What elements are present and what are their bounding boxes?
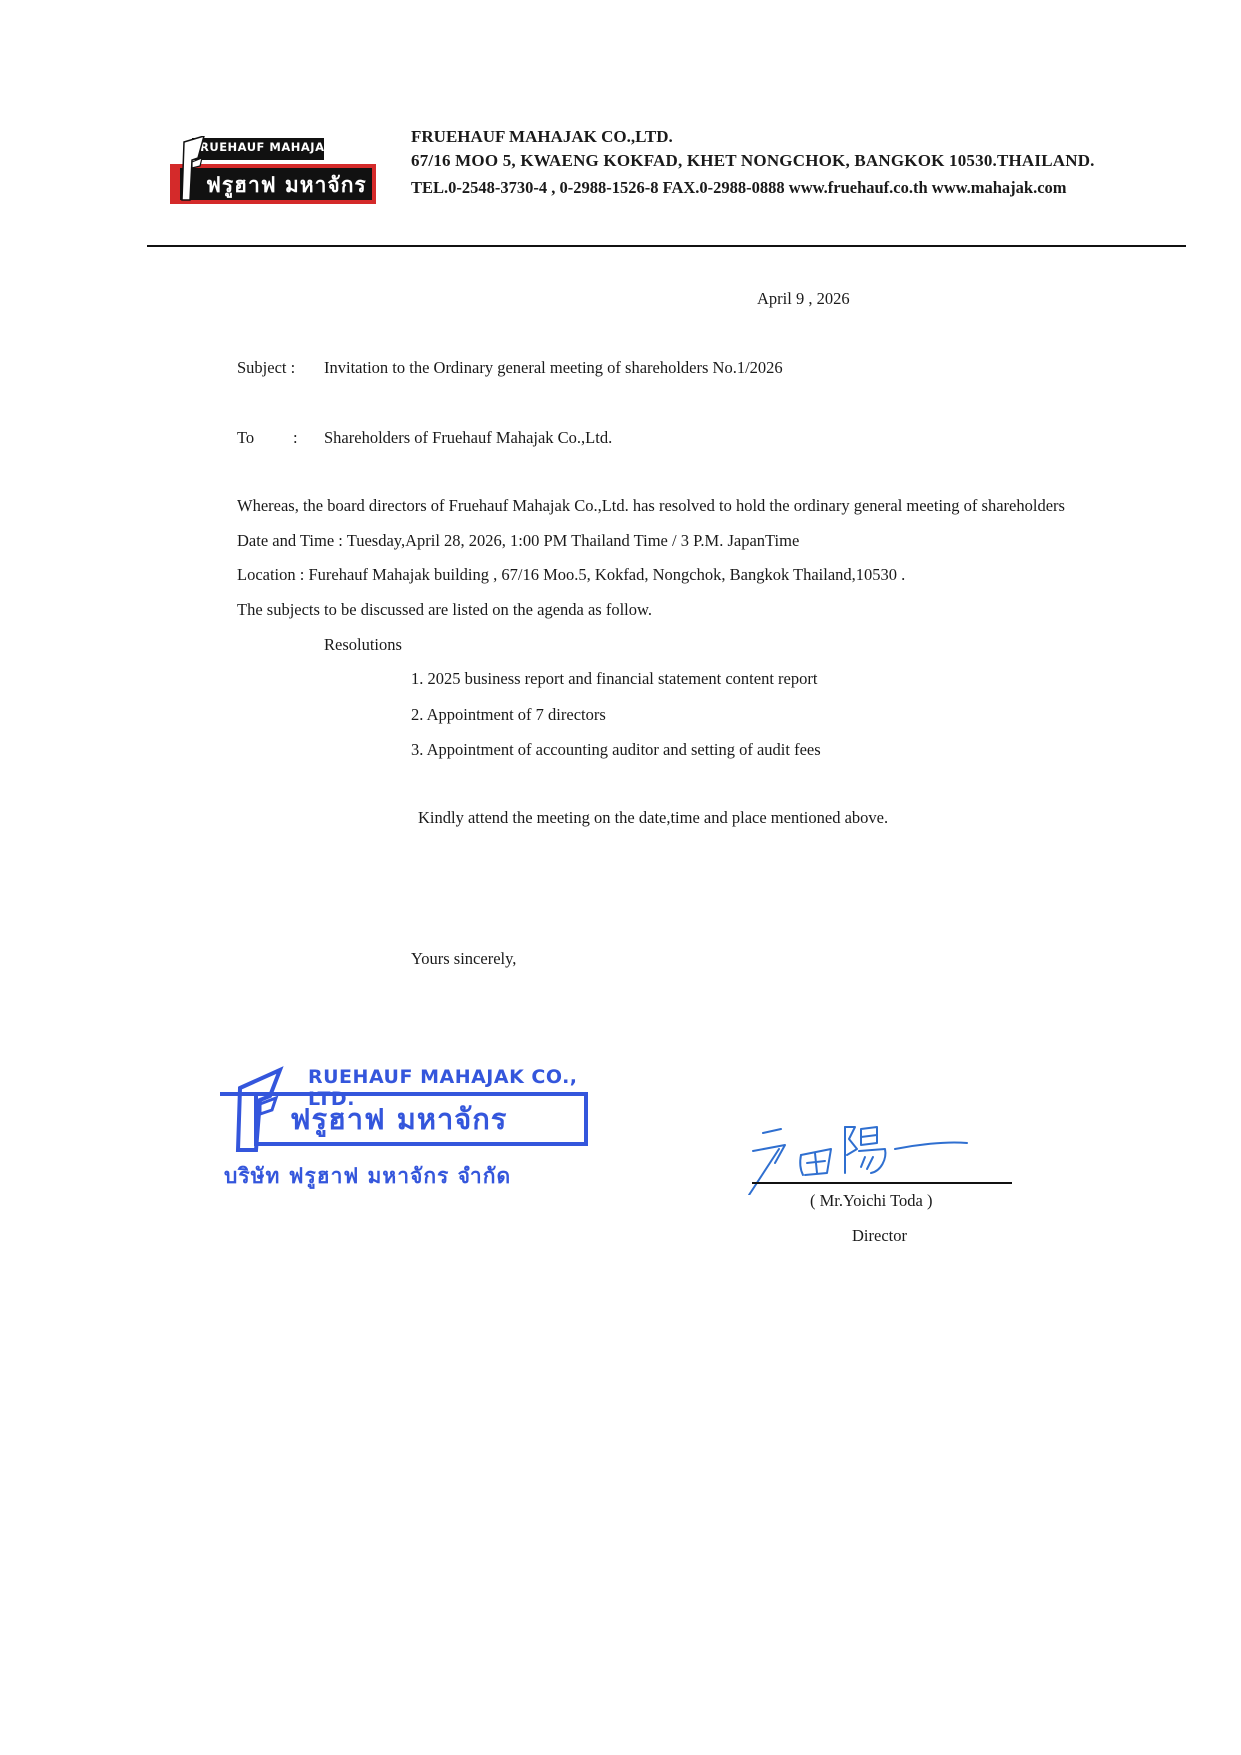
- signer-title: Director: [852, 1226, 907, 1246]
- signature-line: [752, 1182, 1012, 1184]
- stamp-thai-text: ฟรูฮาฟ มหาจักร: [290, 1096, 507, 1142]
- subject-label: Subject :: [237, 358, 295, 378]
- signer-name: ( Mr.Yoichi Toda ): [810, 1191, 932, 1211]
- attendance-request: Kindly attend the meeting on the date,ti…: [418, 808, 888, 828]
- resolution-item: 3. Appointment of accounting auditor and…: [411, 740, 821, 760]
- paragraph-agenda-intro: The subjects to be discussed are listed …: [237, 600, 652, 620]
- resolution-item: 1. 2025 business report and financial st…: [411, 669, 817, 689]
- paragraph-whereas: Whereas, the board directors of Fruehauf…: [237, 496, 1065, 516]
- f-emblem-icon: [226, 1066, 292, 1152]
- resolution-item: 2. Appointment of 7 directors: [411, 705, 606, 725]
- logo-english-text: RUEHAUF MAHAJAK: [200, 140, 334, 154]
- company-logo: RUEHAUF MAHAJAK ฟรูฮาฟ มหาจักร: [170, 136, 376, 204]
- logo-thai-text: ฟรูฮาฟ มหาจักร: [206, 169, 367, 202]
- to-colon: :: [293, 428, 298, 448]
- company-contact: TEL.0-2548-3730-4 , 0-2988-1526-8 FAX.0-…: [411, 178, 1067, 198]
- to-label: To: [237, 428, 254, 448]
- letter-date: April 9 , 2026: [757, 289, 850, 309]
- resolutions-heading: Resolutions: [324, 635, 402, 655]
- paragraph-date-time: Date and Time : Tuesday,April 28, 2026, …: [237, 531, 799, 551]
- company-name: FRUEHAUF MAHAJAK CO.,LTD.: [411, 127, 673, 147]
- recipient: Shareholders of Fruehauf Mahajak Co.,Ltd…: [324, 428, 612, 448]
- company-stamp: RUEHAUF MAHAJAK CO., LTD. ฟรูฮาฟ มหาจักร…: [220, 1060, 600, 1200]
- paragraph-location: Location : Furehauf Mahajak building , 6…: [237, 565, 905, 585]
- letterhead-divider: [147, 245, 1186, 247]
- closing: Yours sincerely,: [411, 949, 516, 969]
- subject-text: Invitation to the Ordinary general meeti…: [324, 358, 783, 378]
- company-address: 67/16 MOO 5, KWAENG KOKFAD, KHET NONGCHO…: [411, 151, 1095, 171]
- f-emblem-icon: [178, 136, 208, 202]
- stamp-thai-fullname: บริษัท ฟรูฮาฟ มหาจักร จำกัด: [224, 1160, 511, 1193]
